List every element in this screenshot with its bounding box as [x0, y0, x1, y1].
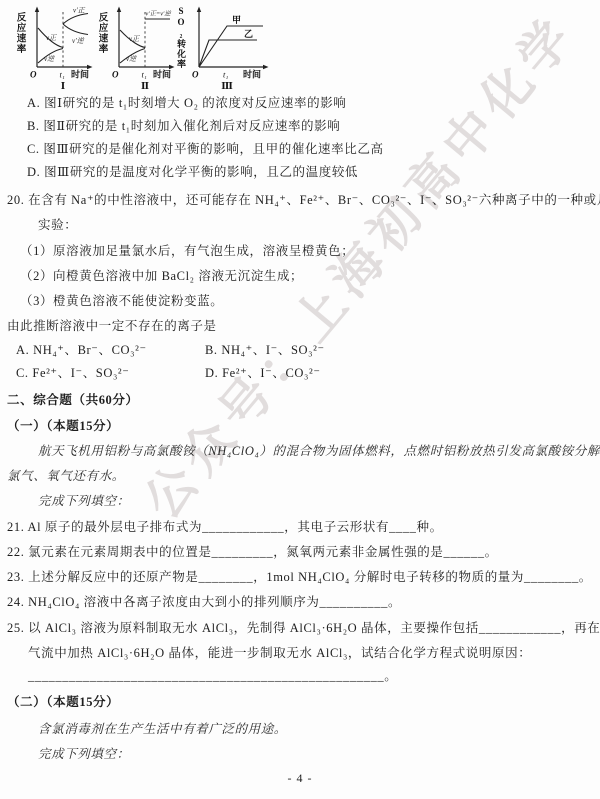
- figure-3-y-axis-label: SO₂转化率: [176, 6, 186, 69]
- part1-header: （一）（本题15分）: [7, 416, 119, 434]
- v-forward-label: v正: [46, 34, 57, 42]
- origin-label: O: [30, 70, 37, 80]
- section2-header: 二、综合题（共60分）: [7, 390, 139, 408]
- x-axis-label: 时间: [243, 69, 261, 80]
- question-23: 23. 上述分解反应中的还原产物是________，1mol NH₄ClO₄ 分…: [7, 567, 592, 585]
- figure-3-numeral: Ⅲ: [221, 82, 233, 92]
- q19-option-c: C. 图Ⅲ研究的是催化剂对平衡的影响，且甲的催化速率比乙高: [27, 139, 384, 157]
- q20-experiment-1: （1）原溶液加足量氯水后，有气泡生成，溶液呈橙黄色；: [20, 241, 354, 259]
- q19-option-d: D. 图Ⅲ研究的是温度对化学平衡的影响，且乙的温度较低: [27, 162, 358, 180]
- part1-intro-line2: 氯气、氧气还有水。: [7, 466, 125, 484]
- figure-1-numeral: Ⅰ: [61, 82, 66, 92]
- q20-stem-line1: 20. 在含有 Na⁺的中性溶液中，还可能存在 NH₄⁺、Fe²⁺、Br⁻、CO…: [7, 190, 600, 208]
- q20-option-c: C. Fe²⁺、I⁻、SO₃²⁻: [16, 363, 129, 381]
- question-21: 21. Al 原子的最外层电子排布式为____________，其电子云形状有_…: [7, 517, 443, 535]
- v-reverse-label: v逆: [44, 55, 55, 63]
- t1-label: t₁: [142, 70, 147, 80]
- figure-1-plot: v正 v逆 v′正 v′逆 O t₁ 时间 Ⅰ: [25, 3, 97, 93]
- q20-option-a: A. NH₄⁺、Br⁻、CO₃²⁻: [16, 340, 147, 358]
- question-25-answer-blank: ________________________________________…: [28, 666, 397, 684]
- equal-rate-label: v′正=v′逆: [146, 10, 172, 18]
- origin-label: O: [112, 70, 119, 80]
- page-number: - 4 -: [0, 771, 600, 786]
- v-reverse-after-curve: [63, 24, 88, 35]
- x-axis-label: 时间: [71, 69, 89, 80]
- t1-label: t₁: [60, 70, 65, 80]
- q20-conclusion: 由此推断溶液中一定不存在的离子是: [7, 316, 217, 334]
- part2-prompt: 完成下列填空：: [38, 744, 130, 762]
- x-axis-label: 时间: [153, 69, 171, 80]
- question-25-line2: 气流中加热 AlCl₃·6H₂O 晶体，能进一步制取无水 AlCl₃，试结合化学…: [28, 643, 531, 661]
- q19-option-a: A. 图Ⅰ研究的是 t₁时刻增大 O₂ 的浓度对反应速率的影响: [27, 93, 346, 111]
- v-reverse-after-label: v′逆: [72, 37, 85, 45]
- figure-2-plot: v正 v逆 v′正=v′逆 O t₁ 时间 Ⅱ: [107, 3, 179, 93]
- part2-intro: 含氯消毒剂在生产生活中有着广泛的用途。: [38, 719, 287, 737]
- t1-label: t₁: [223, 70, 228, 80]
- v-forward-after-curve: [63, 14, 88, 25]
- q20-option-b: B. NH₄⁺、I⁻、SO₃²⁻: [205, 340, 325, 358]
- question-22: 22. 氯元素在元素周期表中的位置是_________，氮氧两元素非金属性强的是…: [7, 542, 498, 560]
- question-24: 24. NH₄ClO₄ 溶液中各离子浓度由大到小的排列顺序为__________…: [7, 592, 401, 610]
- figure-1: 反应速率 v正 v逆 v′正 v′逆 O t₁ 时间 Ⅰ: [14, 3, 96, 93]
- q20-stem-line2: 实验：: [38, 215, 77, 233]
- figure-3-plot: 甲 乙 O t₁ 时间 Ⅲ: [187, 3, 275, 93]
- q20-experiment-3: （3）橙黄色溶液不能使淀粉变蓝。: [20, 291, 223, 309]
- curve-yi-label: 乙: [244, 29, 253, 39]
- exam-page: 公众号：上海初高中化学 反应速率 v正 v逆 v′正 v′逆 O t₁ 时间 Ⅰ…: [0, 0, 600, 799]
- q20-option-d: D. Fe²⁺、I⁻、CO₃²⁻: [205, 363, 321, 381]
- figure-2: 反应速率 v正 v逆 v′正=v′逆 O t₁ 时间 Ⅱ: [96, 3, 178, 93]
- figure-2-y-axis-label: 反应速率: [96, 12, 107, 54]
- figure-2-numeral: Ⅱ: [141, 82, 149, 92]
- v-reverse-label: v逆: [126, 55, 137, 63]
- curve-jia: [199, 26, 263, 67]
- curve-jia-label: 甲: [232, 15, 241, 25]
- v-forward-label: v正: [129, 35, 140, 43]
- part1-prompt: 完成下列填空：: [38, 491, 130, 509]
- v-forward-after-label: v′正: [73, 7, 86, 15]
- q20-experiment-2: （2）向橙黄色溶液中加 BaCl₂ 溶液无沉淀生成；: [20, 266, 303, 284]
- question-25-line1: 25. 以 AlCl₃ 溶液为原料制取无水 AlCl₃，先制得 AlCl₃·6H…: [7, 618, 600, 636]
- figure-1-y-axis-label: 反应速率: [14, 12, 25, 54]
- figure-3: SO₂转化率 甲 乙 O t₁ 时间 Ⅲ: [176, 3, 276, 93]
- origin-label: O: [192, 70, 199, 80]
- q19-option-b: B. 图Ⅱ研究的是 t₁时刻加入催化剂后对反应速率的影响: [27, 116, 340, 134]
- part2-header: （二）（本题15分）: [7, 692, 119, 710]
- x-axis-arrow: [263, 65, 269, 69]
- part1-intro-line1: 航天飞机用铝粉与高氯酸铵（NH₄ClO₄）的混合物为固体燃料，点燃时铝粉放热引发…: [38, 441, 600, 459]
